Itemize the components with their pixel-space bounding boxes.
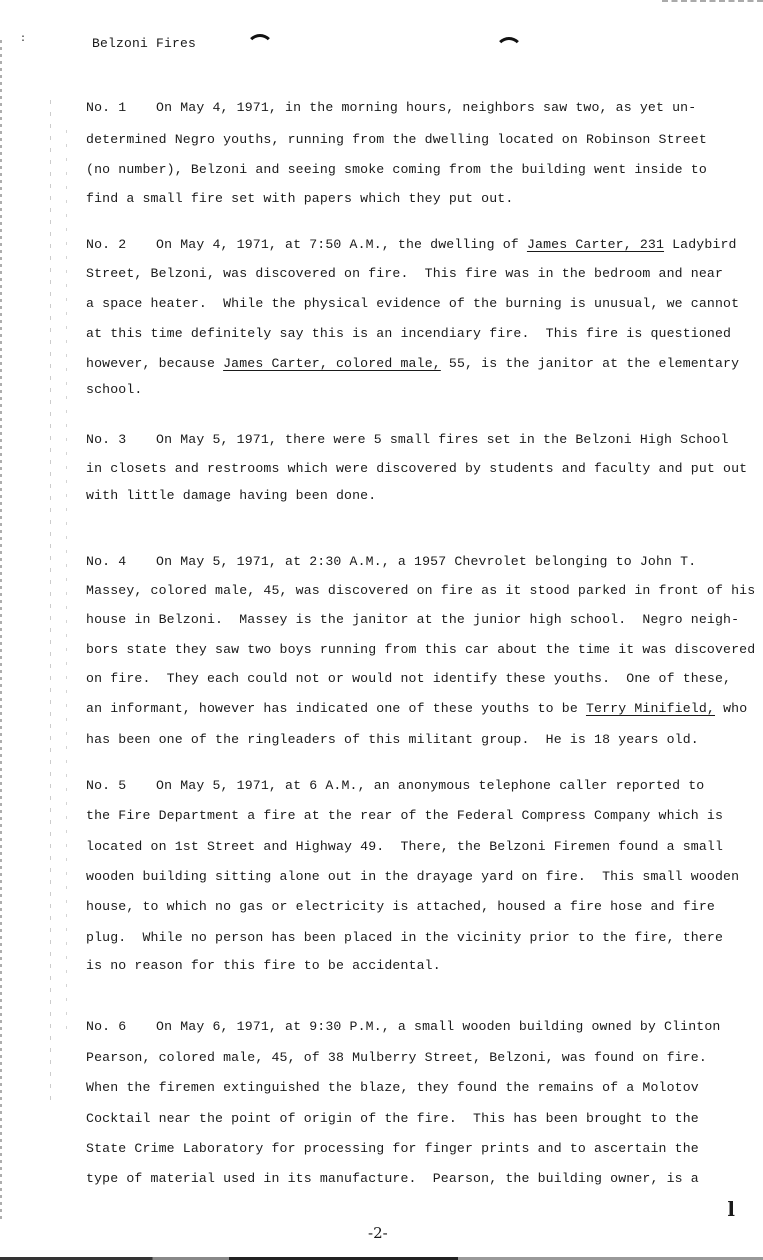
entry-6-line-4: Cocktail near the point of origin of the… <box>86 1111 699 1126</box>
entry-label: No. 2 <box>86 237 156 252</box>
entry-6-line-1: No. 6On May 6, 1971, at 9:30 P.M., a sma… <box>86 1019 720 1034</box>
entry-1-line-4: find a small fire set with papers which … <box>86 191 513 206</box>
entry-5-line-2: the Fire Department a fire at the rear o… <box>86 808 723 823</box>
entry-3-line-1: No. 3On May 5, 1971, there were 5 small … <box>86 432 729 447</box>
underlined-name: Terry Minifield, <box>586 701 715 716</box>
entry-5-line-7: is no reason for this fire to be acciden… <box>86 958 441 973</box>
entry-label: No. 6 <box>86 1019 156 1034</box>
entry-2-line-2: Street, Belzoni, was discovered on fire.… <box>86 266 723 281</box>
entry-3-line-2: in closets and restrooms which were disc… <box>86 461 747 476</box>
entry-label: No. 4 <box>86 554 156 569</box>
entry-4-line-6: an informant, however has indicated one … <box>86 701 747 716</box>
document-header: Belzoni Fires <box>92 36 196 51</box>
hole-punch-mark-left <box>246 34 274 62</box>
entry-1-line-2: determined Negro youths, running from th… <box>86 132 707 147</box>
underlined-name: James Carter, colored male, <box>223 356 441 371</box>
left-margin-rule-2 <box>66 130 67 1030</box>
entry-2-line-3: a space heater. While the physical evide… <box>86 296 739 311</box>
entry-6-line-5: State Crime Laboratory for processing fo… <box>86 1141 699 1156</box>
entry-label: No. 1 <box>86 100 156 115</box>
left-edge-artifact <box>0 40 2 1220</box>
entry-4-line-7: has been one of the ringleaders of this … <box>86 732 699 747</box>
entry-label: No. 3 <box>86 432 156 447</box>
page-number: -2- <box>368 1224 388 1242</box>
left-margin-rule <box>50 100 51 1100</box>
entry-6-line-2: Pearson, colored male, 45, of 38 Mulberr… <box>86 1050 707 1065</box>
entry-5-line-1: No. 5On May 5, 1971, at 6 A.M., an anony… <box>86 778 704 793</box>
entry-2-line-4: at this time definitely say this is an i… <box>86 326 731 341</box>
entry-4-line-3: house in Belzoni. Massey is the janitor … <box>86 612 739 627</box>
entry-4-line-5: on fire. They each could not or would no… <box>86 671 731 686</box>
entry-4-line-1: No. 4On May 5, 1971, at 2:30 A.M., a 195… <box>86 554 696 569</box>
top-edge-dashes <box>662 0 763 2</box>
entry-2-line-5: however, because James Carter, colored m… <box>86 356 739 371</box>
entry-2-line-6: school. <box>86 382 142 397</box>
entry-3-line-3: with little damage having been done. <box>86 488 376 503</box>
entry-5-line-4: wooden building sitting alone out in the… <box>86 869 739 884</box>
entry-label: No. 5 <box>86 778 156 793</box>
entry-6-line-3: When the firemen extinguished the blaze,… <box>86 1080 699 1095</box>
entry-6-line-6: type of material used in its manufacture… <box>86 1171 699 1186</box>
entry-1-line-1: No. 1On May 4, 1971, in the morning hour… <box>86 100 696 115</box>
margin-glyph: : <box>20 34 26 45</box>
underlined-name: James Carter, 231 <box>527 237 664 252</box>
entry-4-line-2: Massey, colored male, 45, was discovered… <box>86 583 755 598</box>
margin-mark: l <box>727 1197 735 1221</box>
entry-4-line-4: bors state they saw two boys running fro… <box>86 642 755 657</box>
entry-5-line-6: plug. While no person has been placed in… <box>86 930 723 945</box>
document-page: : Belzoni Fires No. 1On May 4, 1971, in … <box>0 0 763 1260</box>
entry-5-line-5: house, to which no gas or electricity is… <box>86 899 715 914</box>
entry-1-line-3: (no number), Belzoni and seeing smoke co… <box>86 162 707 177</box>
entry-5-line-3: located on 1st Street and Highway 49. Th… <box>86 839 723 854</box>
hole-punch-mark-right <box>495 37 523 65</box>
entry-2-line-1: No. 2On May 4, 1971, at 7:50 A.M., the d… <box>86 237 737 252</box>
